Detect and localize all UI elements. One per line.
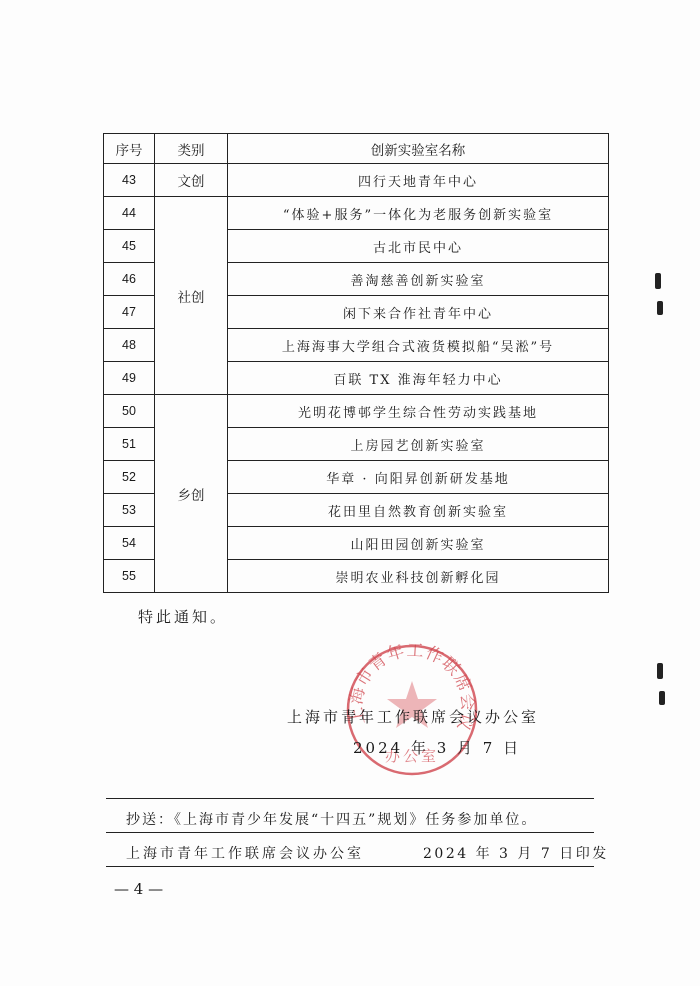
category-cell: 乡创 (155, 395, 228, 593)
row-serial: 47 (104, 296, 155, 329)
table-row: 50 乡创 光明花博邨学生综合性劳动实践基地 (104, 395, 609, 428)
binding-mark-icon (657, 663, 663, 679)
lab-name: 善淘慈善创新实验室 (228, 263, 609, 296)
issue-date: 2024 年 3 月 7 日印发 (423, 843, 609, 863)
page-number: — 4 — (114, 880, 163, 898)
row-serial: 53 (104, 494, 155, 527)
footer-rule-bottom (106, 866, 594, 867)
row-serial: 43 (104, 164, 155, 197)
lab-name: 崇明农业科技创新孵化园 (228, 560, 609, 593)
lab-name: 百联 TX 淮海年轻力中心 (228, 362, 609, 395)
row-serial: 55 (104, 560, 155, 593)
row-serial: 51 (104, 428, 155, 461)
header-serial: 序号 (104, 134, 155, 164)
lab-name: 上房园艺创新实验室 (228, 428, 609, 461)
cc-line: 抄送：《上海市青少年发展“十四五”规划》任务参加单位。 (126, 809, 537, 829)
row-serial: 52 (104, 461, 155, 494)
row-serial: 46 (104, 263, 155, 296)
lab-name: 华章 · 向阳昇创新研发基地 (228, 461, 609, 494)
innovation-lab-table: 序号 类别 创新实验室名称 43 文创 四行天地青年中心 44 社创 “体验+服… (103, 133, 609, 593)
row-serial: 54 (104, 527, 155, 560)
row-serial: 50 (104, 395, 155, 428)
binding-mark-icon (655, 273, 661, 289)
category-cell: 文创 (155, 164, 228, 197)
row-serial: 48 (104, 329, 155, 362)
table-row: 44 社创 “体验+服务”一体化为老服务创新实验室 (104, 197, 609, 230)
footer-rule-top (106, 798, 594, 799)
document-page: 序号 类别 创新实验室名称 43 文创 四行天地青年中心 44 社创 “体验+服… (0, 0, 700, 986)
category-cell: 社创 (155, 197, 228, 395)
row-serial: 44 (104, 197, 155, 230)
binding-mark-icon (659, 691, 665, 705)
lab-name: 古北市民中心 (228, 230, 609, 263)
table-header-row: 序号 类别 创新实验室名称 (104, 134, 609, 164)
lab-name: “体验+服务”一体化为老服务创新实验室 (228, 197, 609, 230)
lab-name: 花田里自然教育创新实验室 (228, 494, 609, 527)
lab-name: 四行天地青年中心 (228, 164, 609, 197)
row-serial: 45 (104, 230, 155, 263)
lab-name: 上海海事大学组合式液货模拟船“吴淞”号 (228, 329, 609, 362)
closing-text: 特此通知。 (138, 606, 228, 627)
signing-organization: 上海市青年工作联席会议办公室 (287, 706, 539, 727)
lab-name: 闲下来合作社青年中心 (228, 296, 609, 329)
row-serial: 49 (104, 362, 155, 395)
header-lab-name: 创新实验室名称 (228, 134, 609, 164)
binding-mark-icon (657, 301, 663, 315)
issuing-office: 上海市青年工作联席会议办公室 (126, 843, 364, 863)
footer-rule-middle (106, 832, 594, 833)
signing-date: 2024 年 3 月 7 日 (353, 737, 521, 758)
lab-name: 光明花博邨学生综合性劳动实践基地 (228, 395, 609, 428)
table-row: 43 文创 四行天地青年中心 (104, 164, 609, 197)
header-category: 类别 (155, 134, 228, 164)
lab-name: 山阳田园创新实验室 (228, 527, 609, 560)
